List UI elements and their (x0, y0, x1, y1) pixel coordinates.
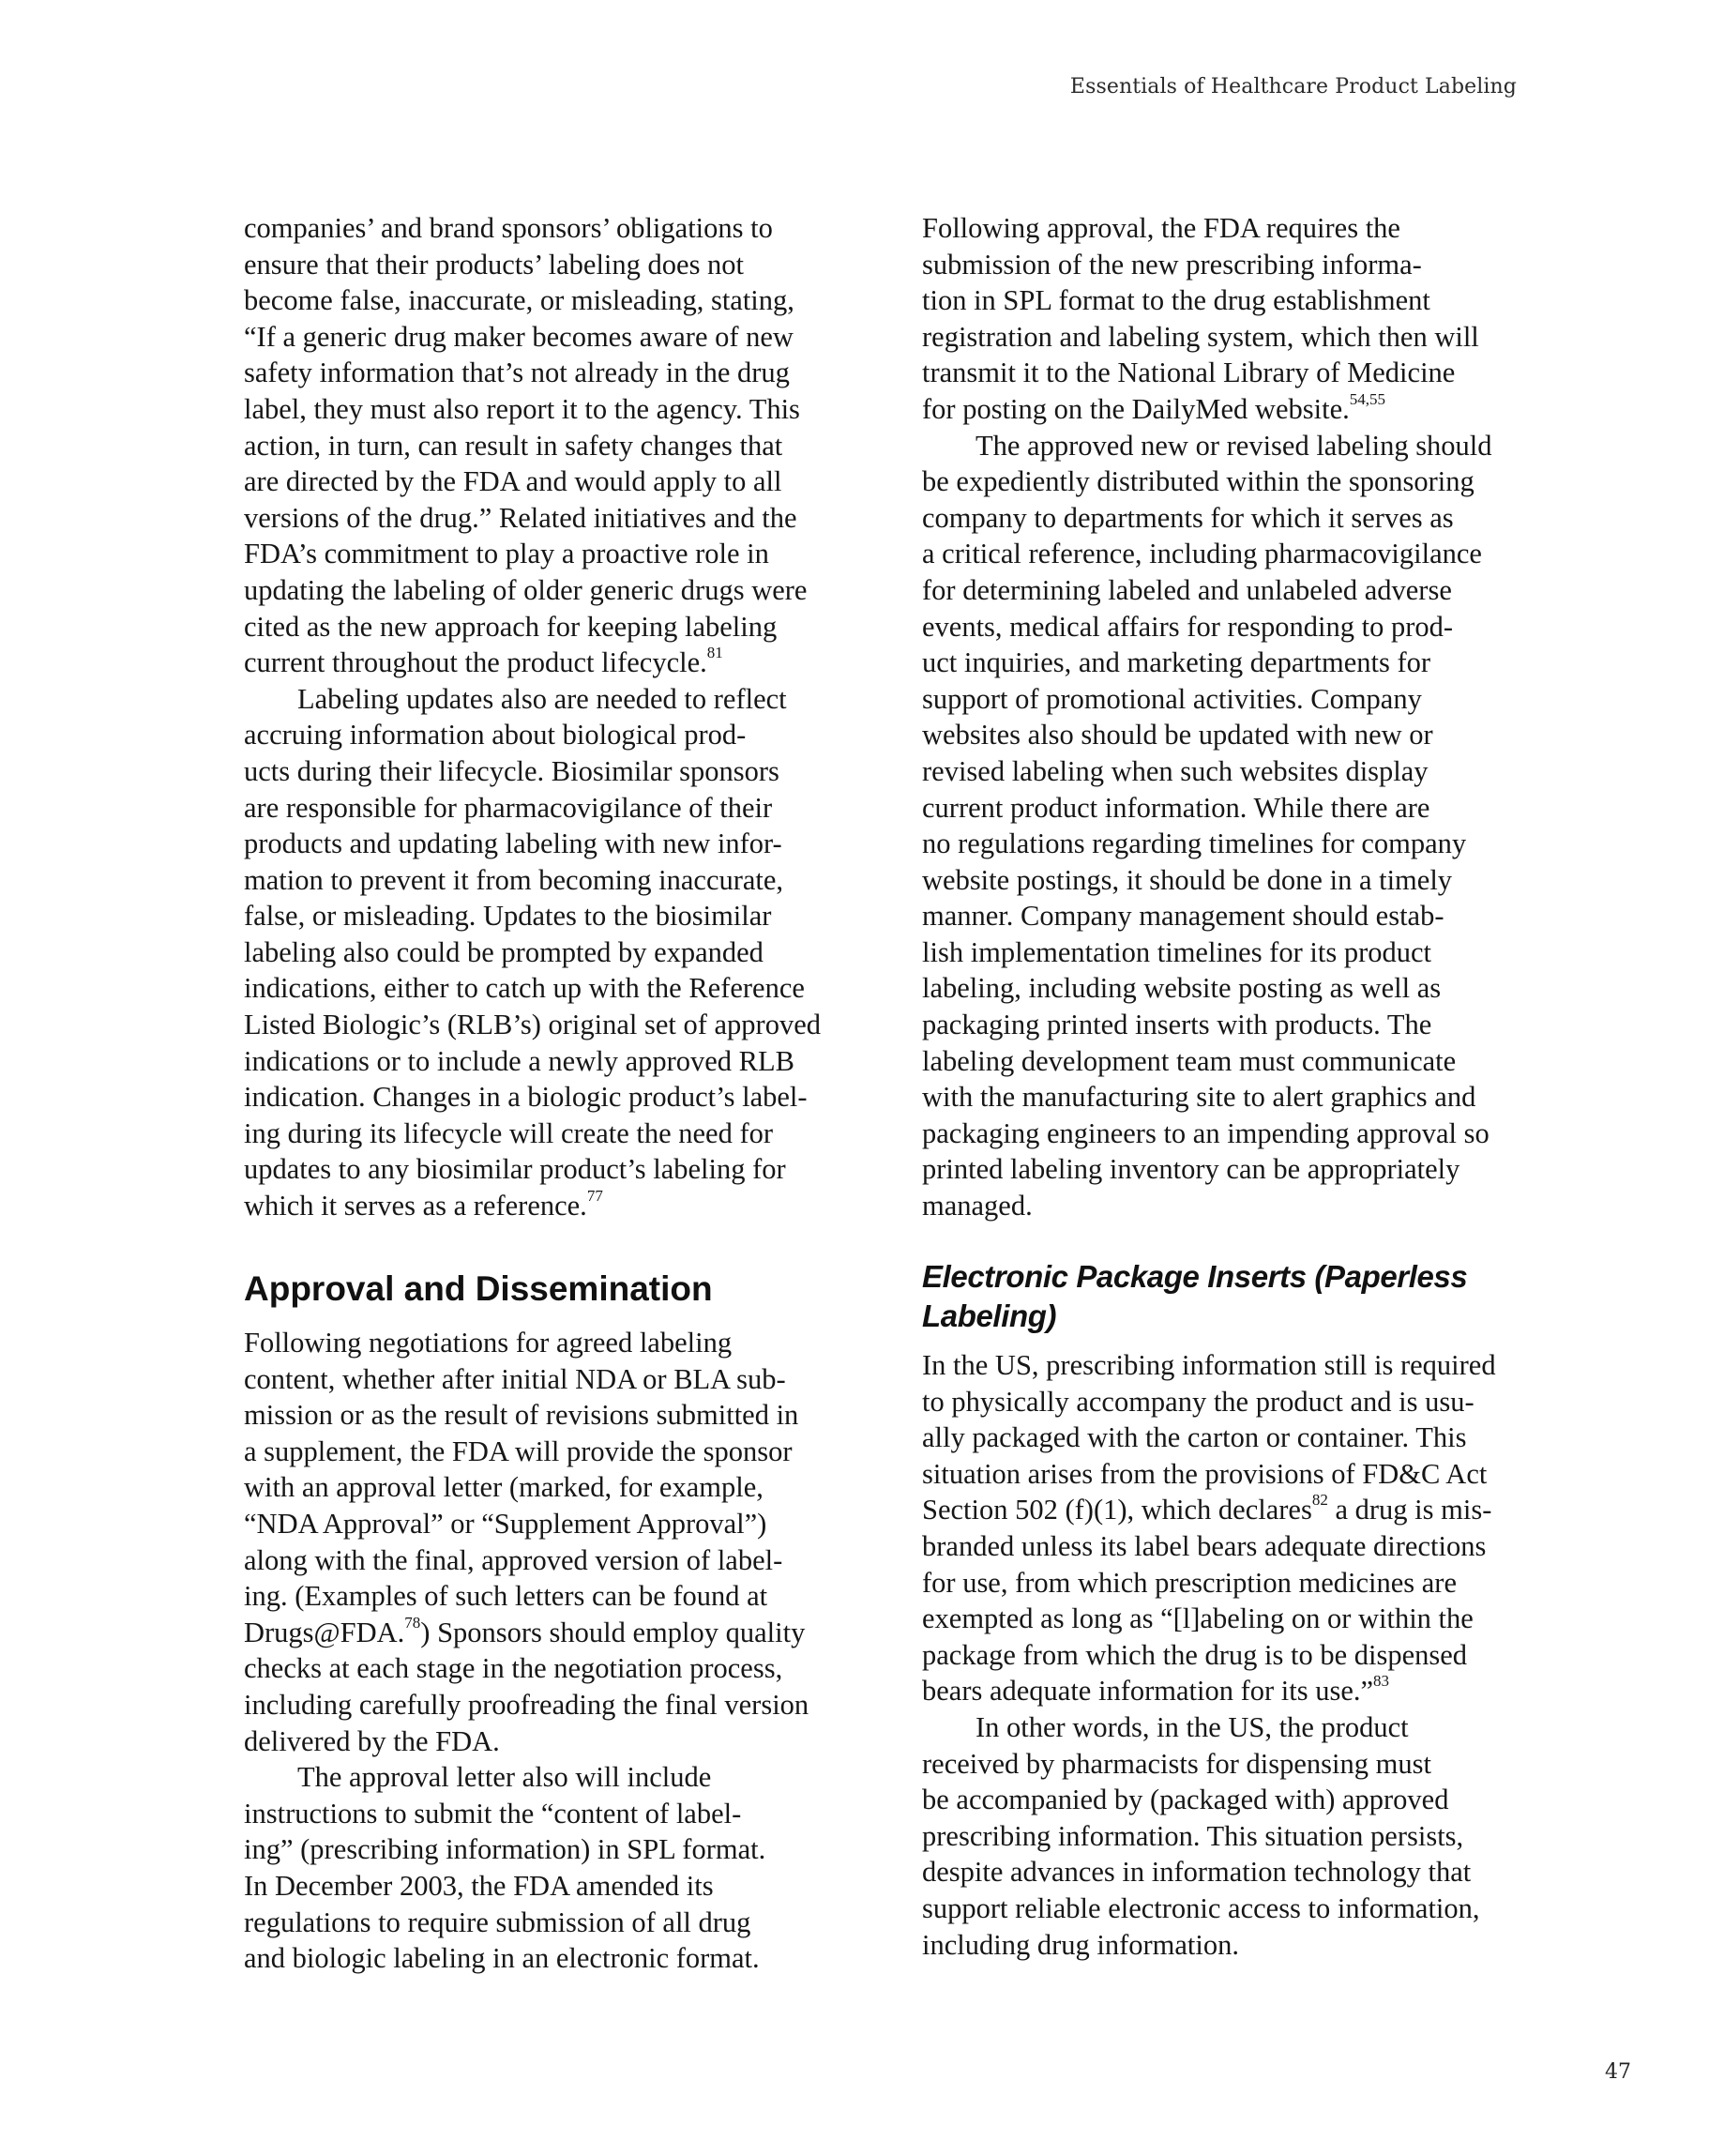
text-line-content: Following negotiations for agreed labeli… (244, 1327, 732, 1359)
text-line: no regulations regarding timelines for c… (922, 826, 1522, 862)
text-line: for posting on the DailyMed website.54,5… (922, 391, 1522, 428)
text-line: ally packaged with the carton or contain… (922, 1420, 1541, 1456)
text-line: a supplement, the FDA will provide the s… (244, 1434, 844, 1470)
section-heading-approval-dissemination: Approval and Dissemination (244, 1268, 713, 1310)
text-line-content: accruing information about biological pr… (244, 719, 746, 751)
text-line: websites also should be updated with new… (922, 717, 1522, 753)
text-line: companies’ and brand sponsors’ obligatio… (244, 210, 844, 247)
text-line: and biologic labeling in an electronic f… (244, 1940, 844, 1977)
text-line-content: exempted as long as “[l]abeling on or wi… (922, 1602, 1474, 1634)
text-line: uct inquiries, and marketing departments… (922, 645, 1522, 681)
text-line: label, they must also report it to the a… (244, 391, 844, 428)
text-line-content: with an approval letter (marked, for exa… (244, 1471, 764, 1503)
text-line-content: Section 502 (f)(1), which declares (922, 1494, 1312, 1526)
text-line: bears adequate information for its use.”… (922, 1673, 1541, 1709)
text-line: indication. Changes in a biologic produc… (244, 1079, 844, 1116)
text-line-content: indications, either to catch up with the… (244, 972, 805, 1004)
text-line-content: mission or as the result of revisions su… (244, 1399, 798, 1431)
text-line-content: a supplement, the FDA will provide the s… (244, 1435, 793, 1467)
text-line-content: events, medical affairs for responding t… (922, 611, 1453, 643)
text-line-content: Listed Biologic’s (RLB’s) original set o… (244, 1009, 821, 1040)
text-line: submission of the new prescribing inform… (922, 247, 1522, 283)
text-line: despite advances in information technolo… (922, 1854, 1541, 1890)
text-line: ing during its lifecycle will create the… (244, 1116, 844, 1152)
text-line: Drugs@FDA.78) Sponsors should employ qua… (244, 1615, 844, 1651)
text-line: revised labeling when such websites disp… (922, 753, 1522, 790)
text-line: received by pharmacists for dispensing m… (922, 1746, 1541, 1783)
text-line-content: products and updating labeling with new … (244, 827, 782, 859)
text-line-content: Following approval, the FDA requires the (922, 212, 1400, 244)
text-line: labeling also could be prompted by expan… (244, 934, 844, 971)
footnote-reference: 78 (404, 1614, 420, 1632)
text-line-content: revised labeling when such websites disp… (922, 755, 1429, 787)
text-line-content: including drug information. (922, 1929, 1239, 1961)
text-line: mation to prevent it from becoming inacc… (244, 862, 844, 899)
text-line-content: “NDA Approval” or “Supplement Approval”) (244, 1508, 766, 1540)
text-line: for determining labeled and unlabeled ad… (922, 572, 1522, 609)
text-line: versions of the drug.” Related initiativ… (244, 500, 844, 537)
text-line-content: printed labeling inventory can be approp… (922, 1153, 1459, 1185)
text-line: which it serves as a reference.77 (244, 1188, 844, 1224)
text-line-content: managed. (922, 1190, 1033, 1222)
text-line: In the US, prescribing information still… (922, 1347, 1541, 1384)
text-line-content: packaging printed inserts with products.… (922, 1009, 1431, 1040)
text-line-content: bears adequate information for its use.” (922, 1675, 1373, 1707)
text-line-content: lish implementation timelines for its pr… (922, 936, 1431, 968)
text-line: Labeling updates also are needed to refl… (244, 681, 844, 718)
text-line-content: support of promotional activities. Compa… (922, 683, 1422, 715)
text-line: for use, from which prescription medicin… (922, 1565, 1541, 1602)
text-line-content: indications or to include a newly approv… (244, 1045, 794, 1077)
subsection-heading-wrap: Electronic Package Inserts (Paperless La… (922, 1257, 1467, 1336)
page-number: 47 (1605, 2060, 1631, 2084)
text-line-content: updating the labeling of older generic d… (244, 574, 807, 606)
text-line: prescribing information. This situation … (922, 1818, 1541, 1855)
text-line-content: label, they must also report it to the a… (244, 393, 800, 425)
text-line: support of promotional activities. Compa… (922, 681, 1522, 718)
text-line-content: with the manufacturing site to alert gra… (922, 1081, 1475, 1113)
text-line-content: despite advances in information technolo… (922, 1856, 1471, 1888)
text-line-content: ensure that their products’ labeling doe… (244, 249, 744, 281)
text-line-content: package from which the drug is to be dis… (922, 1639, 1467, 1671)
text-line: false, or misleading. Updates to the bio… (244, 898, 844, 934)
text-line-content: delivered by the FDA. (244, 1725, 500, 1757)
text-line-content: received by pharmacists for dispensing m… (922, 1748, 1431, 1780)
text-line: In December 2003, the FDA amended its (244, 1868, 844, 1905)
text-line: accruing information about biological pr… (244, 717, 844, 753)
text-line: ing” (prescribing information) in SPL fo… (244, 1831, 844, 1868)
text-line: current product information. While there… (922, 790, 1522, 827)
text-line-content: “If a generic drug maker becomes aware o… (244, 321, 794, 353)
text-line: to physically accompany the product and … (922, 1384, 1541, 1420)
text-line-content: company to departments for which it serv… (922, 502, 1454, 534)
text-line-content: labeling, including website posting as w… (922, 972, 1441, 1004)
subsection-heading-electronic-package-inserts: Electronic Package Inserts (Paperless La… (922, 1257, 1467, 1336)
text-line-content: website postings, it should be done in a… (922, 864, 1452, 896)
text-line: ucts during their lifecycle. Biosimilar … (244, 753, 844, 790)
text-line-content: cited as the new approach for keeping la… (244, 611, 777, 643)
left-column-body-1: companies’ and brand sponsors’ obligatio… (244, 210, 844, 1224)
text-line-content: current product information. While there… (922, 792, 1429, 824)
subsection-heading-line-2: Labeling) (922, 1297, 1467, 1336)
text-line: are directed by the FDA and would apply … (244, 463, 844, 500)
text-line-content: which it serves as a reference. (244, 1190, 587, 1222)
text-line: support reliable electronic access to in… (922, 1890, 1541, 1927)
text-line-content: false, or misleading. Updates to the bio… (244, 900, 771, 932)
text-line-content: regulations to require submission of all… (244, 1906, 750, 1938)
text-line-content: are directed by the FDA and would apply … (244, 465, 781, 497)
text-line: current throughout the product lifecycle… (244, 645, 844, 681)
text-line-content: safety information that’s not already in… (244, 357, 790, 388)
text-line: printed labeling inventory can be approp… (922, 1151, 1522, 1188)
text-line-content: registration and labeling system, which … (922, 321, 1479, 353)
text-line-content: current throughout the product lifecycle… (244, 646, 707, 678)
text-line: including drug information. (922, 1927, 1541, 1964)
text-line-continuation: ) Sponsors should employ quality (420, 1617, 805, 1648)
text-line-content: uct inquiries, and marketing departments… (922, 646, 1430, 678)
text-line: labeling development team must communica… (922, 1043, 1522, 1080)
footnote-reference: 82 (1312, 1491, 1328, 1509)
text-line: Section 502 (f)(1), which declares82 a d… (922, 1492, 1541, 1528)
text-line: managed. (922, 1188, 1522, 1224)
text-line-content: manner. Company management should estab- (922, 900, 1444, 932)
text-line: In other words, in the US, the product (922, 1709, 1541, 1746)
text-line: are responsible for pharmacovigilance of… (244, 790, 844, 827)
text-line: updating the labeling of older generic d… (244, 572, 844, 609)
text-line: including carefully proofreading the fin… (244, 1687, 844, 1723)
text-line: ensure that their products’ labeling doe… (244, 247, 844, 283)
text-line-content: instructions to submit the “content of l… (244, 1798, 741, 1830)
text-line-content: Labeling updates also are needed to refl… (297, 683, 787, 715)
text-line: Following approval, the FDA requires the (922, 210, 1522, 247)
text-line-content: ally packaged with the carton or contain… (922, 1421, 1466, 1453)
footnote-reference: 54,55 (1350, 390, 1385, 408)
text-line-content: be accompanied by (packaged with) approv… (922, 1784, 1448, 1815)
text-line: cited as the new approach for keeping la… (244, 609, 844, 645)
text-line-content: for determining labeled and unlabeled ad… (922, 574, 1452, 606)
text-line-content: versions of the drug.” Related initiativ… (244, 502, 797, 534)
text-line-content: labeling also could be prompted by expan… (244, 936, 764, 968)
text-line-content: The approved new or revised labeling sho… (975, 430, 1492, 462)
text-line-content: checks at each stage in the negotiation … (244, 1652, 782, 1684)
text-line-content: be expediently distributed within the sp… (922, 465, 1474, 497)
text-line-content: mation to prevent it from becoming inacc… (244, 864, 783, 896)
text-line-content: companies’ and brand sponsors’ obligatio… (244, 212, 773, 244)
text-line: “NDA Approval” or “Supplement Approval”) (244, 1506, 844, 1542)
right-column-body-1: Following approval, the FDA requires the… (922, 210, 1522, 1224)
text-line: FDA’s commitment to play a proactive rol… (244, 536, 844, 572)
text-line: ing. (Examples of such letters can be fo… (244, 1578, 844, 1615)
text-line: Listed Biologic’s (RLB’s) original set o… (244, 1007, 844, 1043)
text-line: products and updating labeling with new … (244, 826, 844, 862)
text-line: delivered by the FDA. (244, 1723, 844, 1760)
text-line-content: support reliable electronic access to in… (922, 1892, 1480, 1924)
text-line: The approval letter also will include (244, 1759, 844, 1796)
running-header: Essentials of Healthcare Product Labelin… (1070, 75, 1517, 99)
text-line: regulations to require submission of all… (244, 1905, 844, 1941)
text-line-content: ucts during their lifecycle. Biosimilar … (244, 755, 779, 787)
text-line: “If a generic drug maker becomes aware o… (244, 319, 844, 356)
text-line: a critical reference, including pharmaco… (922, 536, 1522, 572)
text-line: with the manufacturing site to alert gra… (922, 1079, 1522, 1116)
text-line-content: for posting on the DailyMed website. (922, 393, 1350, 425)
text-line: action, in turn, can result in safety ch… (244, 428, 844, 464)
text-line: packaging printed inserts with products.… (922, 1007, 1522, 1043)
text-line: manner. Company management should estab- (922, 898, 1522, 934)
text-line-content: FDA’s commitment to play a proactive rol… (244, 538, 769, 569)
text-line: branded unless its label bears adequate … (922, 1528, 1541, 1565)
text-line-continuation: a drug is mis- (1328, 1494, 1492, 1526)
text-line: transmit it to the National Library of M… (922, 355, 1522, 391)
text-line-content: no regulations regarding timelines for c… (922, 827, 1466, 859)
text-line: Following negotiations for agreed labeli… (244, 1325, 844, 1361)
text-line-content: ing. (Examples of such letters can be fo… (244, 1580, 767, 1612)
text-line-content: transmit it to the National Library of M… (922, 357, 1455, 388)
text-line-content: In the US, prescribing information still… (922, 1349, 1496, 1381)
text-line: mission or as the result of revisions su… (244, 1397, 844, 1434)
text-line-content: In other words, in the US, the product (975, 1711, 1409, 1743)
text-line-content: along with the final, approved version o… (244, 1544, 782, 1576)
text-line: company to departments for which it serv… (922, 500, 1522, 537)
left-column-body-2: Following negotiations for agreed labeli… (244, 1325, 844, 1977)
text-line: packaging engineers to an impending appr… (922, 1116, 1522, 1152)
text-line-content: ing” (prescribing information) in SPL fo… (244, 1833, 765, 1865)
subsection-heading-line-1: Electronic Package Inserts (Paperless (922, 1257, 1467, 1297)
text-line: registration and labeling system, which … (922, 319, 1522, 356)
text-line-content: websites also should be updated with new… (922, 719, 1433, 751)
text-line: tion in SPL format to the drug establish… (922, 282, 1522, 319)
text-line: indications or to include a newly approv… (244, 1043, 844, 1080)
text-line-content: content, whether after initial NDA or BL… (244, 1363, 786, 1395)
text-line: updates to any biosimilar product’s labe… (244, 1151, 844, 1188)
text-line-content: prescribing information. This situation … (922, 1820, 1463, 1852)
text-line: safety information that’s not already in… (244, 355, 844, 391)
text-line-content: are responsible for pharmacovigilance of… (244, 792, 772, 824)
text-line-content: labeling development team must communica… (922, 1045, 1456, 1077)
text-line: website postings, it should be done in a… (922, 862, 1522, 899)
text-line: package from which the drug is to be dis… (922, 1637, 1541, 1674)
text-line: with an approval letter (marked, for exa… (244, 1469, 844, 1506)
text-line-content: tion in SPL format to the drug establish… (922, 284, 1430, 316)
text-line-content: The approval letter also will include (297, 1761, 711, 1793)
footnote-reference: 83 (1373, 1672, 1389, 1690)
text-line: be accompanied by (packaged with) approv… (922, 1782, 1541, 1818)
text-line: become false, inaccurate, or misleading,… (244, 282, 844, 319)
text-line: events, medical affairs for responding t… (922, 609, 1522, 645)
text-line-content: become false, inaccurate, or misleading,… (244, 284, 794, 316)
text-line: along with the final, approved version o… (244, 1542, 844, 1579)
text-line-content: In December 2003, the FDA amended its (244, 1870, 714, 1902)
text-line: labeling, including website posting as w… (922, 970, 1522, 1007)
section-heading-wrap: Approval and Dissemination (244, 1268, 713, 1310)
text-line-content: ing during its lifecycle will create the… (244, 1117, 773, 1149)
right-column-body-2: In the US, prescribing information still… (922, 1347, 1541, 1963)
footnote-reference: 77 (587, 1187, 603, 1205)
text-line-content: updates to any biosimilar product’s labe… (244, 1153, 786, 1185)
text-line-content: a critical reference, including pharmaco… (922, 538, 1482, 569)
text-line: be expediently distributed within the sp… (922, 463, 1522, 500)
text-line-content: including carefully proofreading the fin… (244, 1689, 809, 1721)
text-line: checks at each stage in the negotiation … (244, 1650, 844, 1687)
text-line-content: and biologic labeling in an electronic f… (244, 1942, 760, 1974)
text-line-content: to physically accompany the product and … (922, 1386, 1474, 1418)
text-line: situation arises from the provisions of … (922, 1456, 1541, 1493)
text-line-content: branded unless its label bears adequate … (922, 1530, 1486, 1562)
text-line-content: packaging engineers to an impending appr… (922, 1117, 1490, 1149)
text-line-content: for use, from which prescription medicin… (922, 1567, 1457, 1599)
text-line-content: Drugs@FDA. (244, 1617, 404, 1648)
text-line: lish implementation timelines for its pr… (922, 934, 1522, 971)
text-line: content, whether after initial NDA or BL… (244, 1361, 844, 1398)
text-line-content: submission of the new prescribing inform… (922, 249, 1422, 281)
text-line: The approved new or revised labeling sho… (922, 428, 1522, 464)
text-line: exempted as long as “[l]abeling on or wi… (922, 1601, 1541, 1637)
text-line-content: action, in turn, can result in safety ch… (244, 430, 782, 462)
text-line: indications, either to catch up with the… (244, 970, 844, 1007)
text-line-content: situation arises from the provisions of … (922, 1458, 1487, 1490)
footnote-reference: 81 (707, 644, 723, 661)
text-line: instructions to submit the “content of l… (244, 1796, 844, 1832)
text-line-content: indication. Changes in a biologic produc… (244, 1081, 808, 1113)
